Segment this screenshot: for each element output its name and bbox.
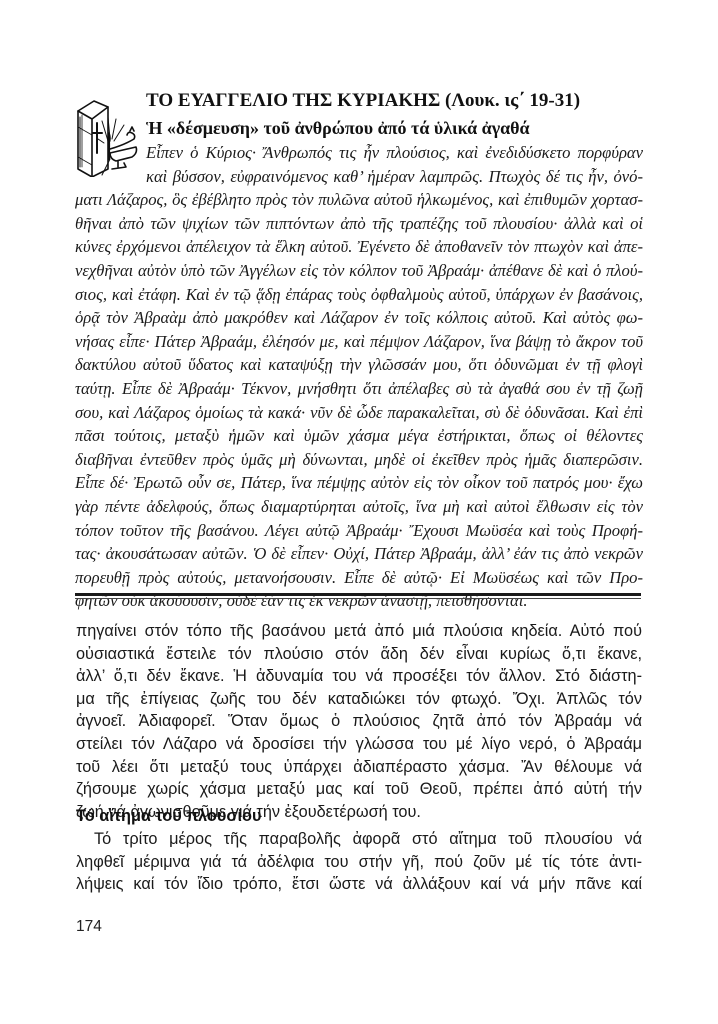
body-line: λήψεις καί τόν ἴδιο τρόπο, ἔτσι ὥστε νά … [76,873,642,896]
section-divider-thick [75,593,641,596]
gospel-line: διαβῆναι ἐντεῦθεν πρὸς ὑμᾶς μὴ δύνωνται,… [75,448,643,472]
gospel-line: πᾶσι τούτοις, μεταξὺ ἡμῶν καὶ ὑμῶν χάσμα… [75,424,643,448]
body-line: ἀλλ’ ὅ,τι δέν ἔκανε. Ἡ ἀδυναμία του νά π… [76,665,642,688]
gospel-line: καὶ βύσσον, εὐφραινόμενος καθ’ ἡμέραν λα… [75,165,643,189]
gospel-reading: Εἶπεν ὁ Κύριος· Ἄνθρωπός τις ἦν πλούσιος… [75,141,643,613]
body-line: ἀγνοεῖ. Ἀδιαφορεῖ. Ὅταν ὅμως ὁ πλούσιος … [76,710,642,733]
page-title: ΤΟ ΕΥΑΓΓΕΛΙΟ ΤΗΣ ΚΥΡΙΑΚΗΣ (Λουκ. ις΄ 19-… [146,89,666,113]
gospel-line: τόπον τοῦτον τῆς βασάνου. Λέγει αὐτῷ Ἀβρ… [75,519,643,543]
gospel-line: Εἶπε δέ· Ἐρωτῶ οὖν σε, Πάτερ, ἵνα πέμψῃς… [75,471,643,495]
gospel-line: δακτύλου αὐτοῦ ὕδατος καὶ καταψύξῃ τὴν γ… [75,353,643,377]
commentary-paragraph: πηγαίνει στόν τόπο τῆς βασάνου μετά ἀπό … [76,620,642,823]
body-line: οὐσιαστικά ἔστειλε τόν πλούσιο στόν ἅδη … [76,643,642,666]
gospel-line: ταύτῃ. Εἶπε δὲ Ἀβραάμ· Τέκνον, μνήσθητι … [75,377,643,401]
page-number: 174 [76,917,102,937]
gospel-line: σου, καὶ Λάζαρος ὁμοίως τὰ κακά· νῦν δὲ … [75,401,643,425]
book-page: ΤΟ ΕΥΑΓΓΕΛΙΟ ΤΗΣ ΚΥΡΙΑΚΗΣ (Λουκ. ις΄ 19-… [0,0,718,1024]
gospel-line: Εἶπεν ὁ Κύριος· Ἄνθρωπός τις ἦν πλούσιος… [75,141,643,165]
page-subtitle: Ἡ «δέσμευση» τοῦ ἀνθρώπου ἀπό τά ὑλικά ἀ… [146,116,666,140]
gospel-line: σιος, καὶ ἐτάφη. Καὶ ἐν τῷ ᾅδῃ ἐπάρας το… [75,283,643,307]
body-line: Τό τρίτο μέρος τῆς παραβολῆς ἀφορᾶ στό α… [76,828,642,851]
section-paragraph: Τό τρίτο μέρος τῆς παραβολῆς ἀφορᾶ στό α… [76,828,642,896]
body-line: τοῦ λέει ὅτι μεταξύ τους ὑπάρχει ἀδιαπέρ… [76,756,642,779]
gospel-line: θῆναι ἀπὸ τῶν ψιχίων τῶν πιπτόντων ἀπὸ τ… [75,212,643,236]
body-line: πηγαίνει στόν τόπο τῆς βασάνου μετά ἀπό … [76,620,642,643]
gospel-line: τας· ἀκουσάτωσαν αὐτῶν. Ὁ δὲ εἶπεν· Οὐχί… [75,542,643,566]
gospel-line: ματι Λάζαρος, ὃς ἐβέβλητο πρὸς τὸν πυλῶν… [75,188,643,212]
gospel-line: νήσας εἶπε· Πάτερ Ἀβραάμ, ἐλέησόν με, κα… [75,330,643,354]
gospel-line: νεχθῆναι αὐτὸν ὑπὸ τῶν Ἀγγέλων εἰς τὸν κ… [75,259,643,283]
body-line: ληφθεῖ μέριμνα γιά τά ἀδέλφια του στήν γ… [76,851,642,874]
gospel-line: πορευθῇ πρὸς αὐτούς, μετανοήσουσιν. Εἶπε… [75,566,643,590]
gospel-line: γὰρ πέντε ἀδελφούς, ὅπως διαμαρτύρηται α… [75,495,643,519]
gospel-line: ὁρᾷ τὸν Ἀβραὰμ ἀπὸ μακρόθεν καὶ Λάζαρον … [75,306,643,330]
body-line: μα τῆς ἐπίγειας ζωῆς του δέν καταδιώκει … [76,688,642,711]
section-heading: Τό αἴτημα τοῦ πλουσίου [76,805,261,827]
section-divider-thin [75,598,641,599]
gospel-line: κύνες ἐρχόμενοι ἀπέλειχον τὰ ἕλκη αὐτοῦ.… [75,235,643,259]
body-line: ζήσουμε χωρίς χάσμα μεταξύ μας καί τοῦ Θ… [76,778,642,801]
body-line: στείλει τόν Λάζαρο νά δροσίσει τήν γλώσσ… [76,733,642,756]
